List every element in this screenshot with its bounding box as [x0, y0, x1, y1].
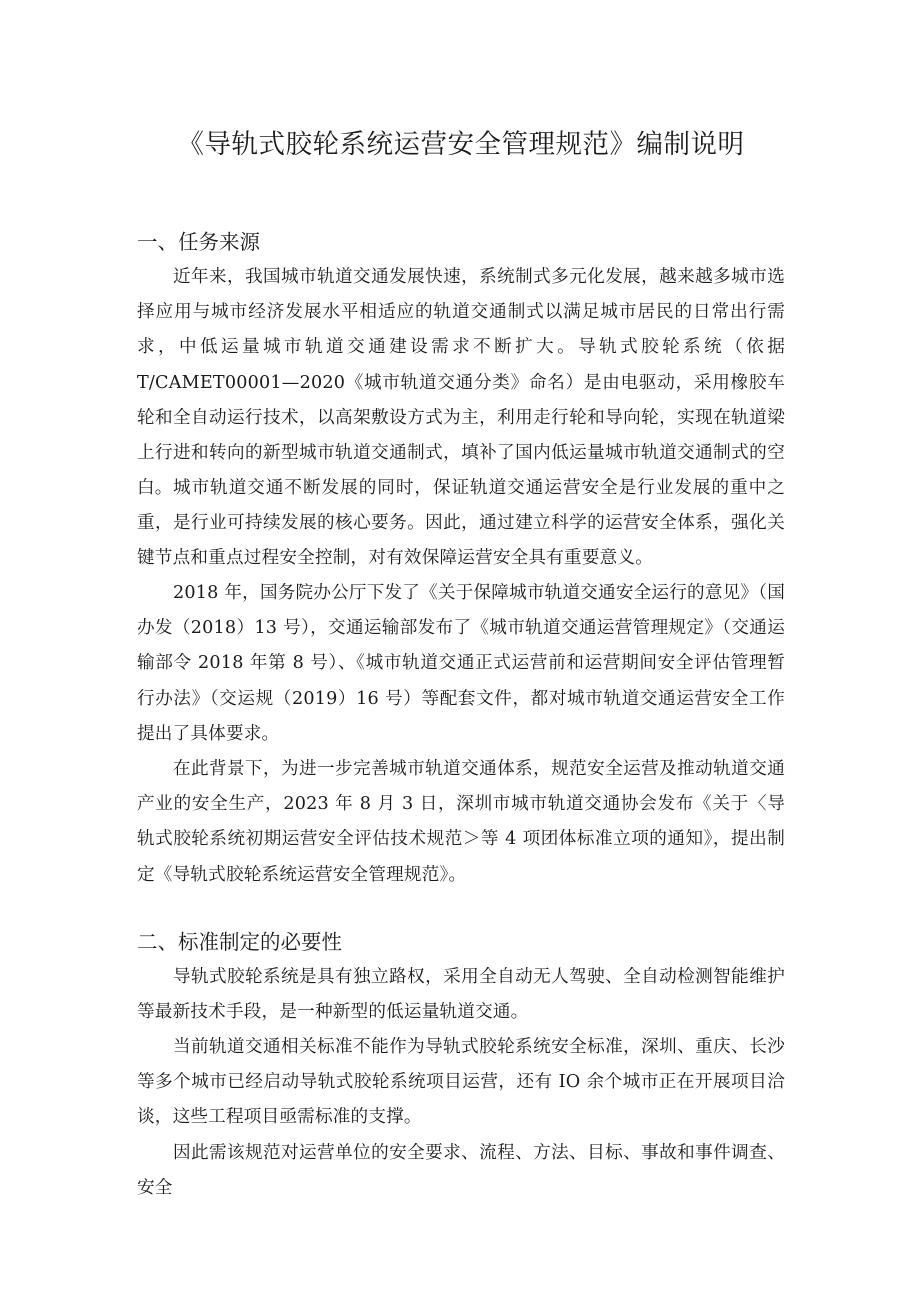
paragraph: 导轨式胶轮系统是具有独立路权，采用全自动无人驾驶、全自动检测智能维护等最新技术手… — [137, 960, 785, 1030]
paragraph: 在此背景下，为进一步完善城市轨道交通体系，规范安全运营及推动轨道交通产业的安全生… — [137, 752, 785, 893]
paragraph: 城市轨道交通不断发展的同时，保证轨道交通运营安全是行业发展的重中之重，是行业可持… — [137, 471, 785, 577]
section-heading-necessity: 二、标准制定的必要性 — [137, 925, 342, 955]
document-title: 《导轨式胶轮系统运营安全管理规范》编制说明 — [137, 122, 785, 161]
section-heading-task-source: 一、任务来源 — [137, 225, 260, 255]
paragraph: 近年来，我国城市轨道交通发展快速，系统制式多元化发展，越来越多城市选择应用与城市… — [137, 260, 785, 506]
paragraph: 当前轨道交通相关标准不能作为导轨式胶轮系统安全标准，深圳、重庆、长沙等多个城市已… — [137, 1030, 785, 1136]
paragraph: 2018 年，国务院办公厅下发了《关于保障城市轨道交通安全运行的意见》（国办发（… — [137, 576, 785, 752]
paragraph: 因此需该规范对运营单位的安全要求、流程、方法、目标、事故和事件调查、安全 — [137, 1136, 785, 1206]
